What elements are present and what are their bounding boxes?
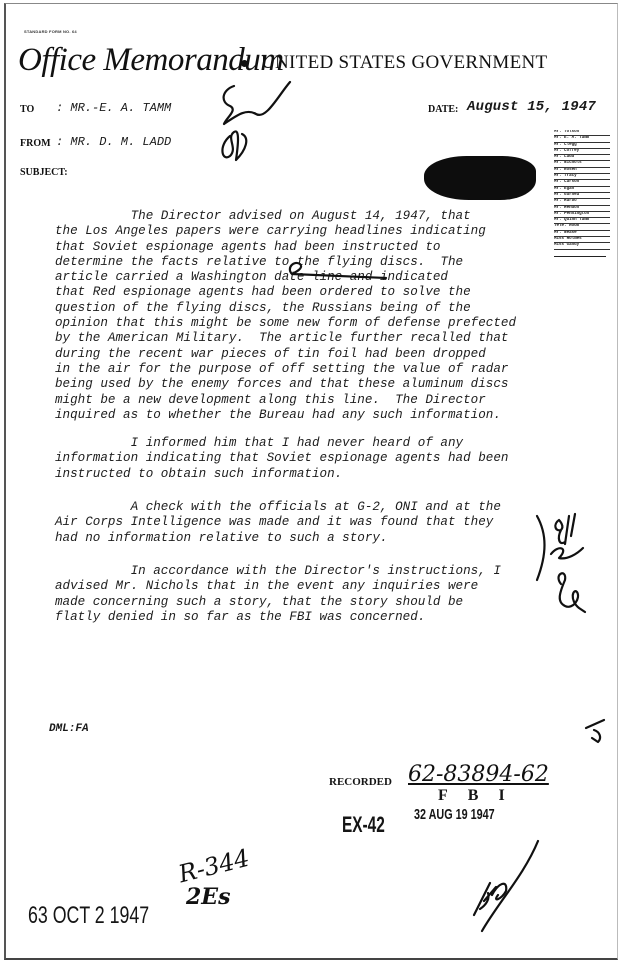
handwritten-note: 2Es [186, 884, 230, 910]
body-line: might be a new development along this li… [55, 393, 575, 408]
bottom-date-stamp: 63 OCT 2 1947 [28, 902, 149, 930]
body-line: I informed him that I had never heard of… [55, 436, 575, 451]
file-number: 62-83894-62 [408, 762, 549, 787]
body-line: In accordance with the Director's instru… [55, 564, 575, 579]
received-date-stamp: 32 AUG 19 1947 [414, 806, 495, 823]
paragraph-3: A check with the officials at G-2, ONI a… [55, 500, 575, 546]
date-label: DATE: [428, 104, 458, 115]
to-value: : MR.-E. A. TAMM [56, 101, 171, 115]
memorandum-page: STANDARD FORM NO. 64 Office Memorandum U… [4, 3, 618, 960]
fbi-letter-f: F [438, 787, 468, 804]
body-line: that Soviet espionage agents had been in… [55, 240, 575, 255]
margin-bracket-initials-icon [533, 514, 623, 624]
body-line: instructed to obtain such information. [55, 467, 575, 482]
body-line: being used by the enemy forces and that … [55, 377, 575, 392]
paragraph-4: In accordance with the Director's instru… [55, 564, 575, 625]
handwritten-r-number: R-344 [176, 844, 253, 889]
subject-label: SUBJECT: [20, 167, 68, 178]
body-line: A check with the officials at G-2, ONI a… [55, 500, 575, 515]
body-line: in the air for the purpose of off settin… [55, 362, 575, 377]
body-line: information indicating that Soviet espio… [55, 451, 575, 466]
organization-name: UNITED STATES GOVERNMENT [261, 52, 547, 74]
title-bullet [241, 60, 248, 67]
form-number: STANDARD FORM NO. 64 [24, 29, 77, 34]
reference-initials: DML:FA [49, 723, 89, 735]
signature-initials-icon [216, 76, 296, 166]
body-line: made concerning such a story, that the s… [55, 595, 575, 610]
ex-stamp: EX-42 [342, 812, 385, 838]
paragraph-1: The Director advised on August 14, 1947,… [55, 209, 575, 423]
date-value: August 15, 1947 [467, 99, 596, 115]
fbi-letters: FBI [438, 787, 525, 805]
body-line: by the American Military. The article fu… [55, 331, 575, 346]
body-line: The Director advised on August 14, 1947,… [55, 209, 575, 224]
from-value: : MR. D. M. LADD [56, 135, 171, 149]
body-line: during the recent war pieces of tin foil… [55, 347, 575, 362]
body-line: Air Corps Intelligence was made and it w… [55, 515, 575, 530]
subject-redaction [424, 156, 536, 200]
body-line: had no information relative to such a st… [55, 531, 575, 546]
paragraph-2: I informed him that I had never heard of… [55, 436, 575, 482]
body-line: flatly denied in so far as the FBI was c… [55, 610, 575, 625]
to-label: TO [20, 104, 34, 115]
body-line: the Los Angeles papers were carrying hea… [55, 224, 575, 239]
diagonal-signature-icon [468, 839, 548, 939]
flying-discs-underline-icon [286, 256, 396, 286]
fbi-letter-b: B [468, 787, 499, 804]
from-label: FROM [20, 138, 51, 149]
body-line: that Red espionage agents had been order… [55, 285, 575, 300]
body-line: opinion that this might be some new form… [55, 316, 575, 331]
body-line: question of the flying discs, the Russia… [55, 301, 575, 316]
body-line: advised Mr. Nichols that in the event an… [55, 579, 575, 594]
body-line: inquired as to whether the Bureau had an… [55, 408, 575, 423]
recorded-label: RECORDED [329, 776, 392, 788]
fbi-letter-i: I [498, 787, 524, 804]
check-mark-icon [584, 718, 614, 748]
